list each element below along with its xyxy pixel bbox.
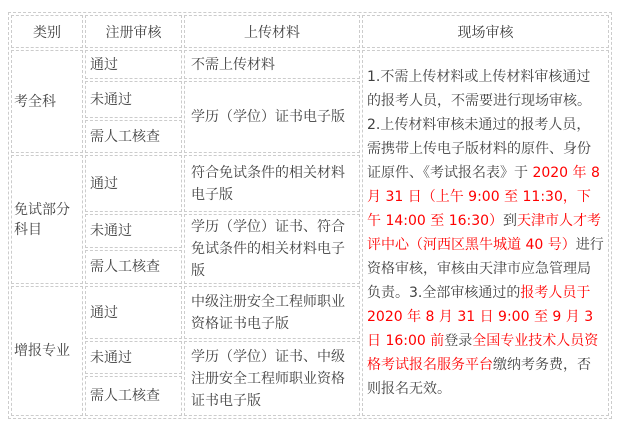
register-status-cell: 需人工核查 (85, 250, 182, 284)
register-status-cell: 未通过 (85, 341, 182, 374)
register-status-cell: 通过 (85, 155, 182, 212)
col-header-upload-materials: 上传材料 (184, 15, 360, 48)
col-header-onsite-review: 现场审核 (362, 15, 609, 48)
upload-material-cell: 学历（学位）证书电子版 (184, 81, 360, 153)
register-status-cell: 通过 (85, 50, 182, 79)
review-table: 类别 注册审核 上传材料 现场审核 考全科 通过 不需上传材料 1.不需上传材料… (8, 12, 612, 419)
upload-material-cell: 学历（学位）证书、符合免试条件的相关材料电子版 (184, 214, 360, 284)
register-status-cell: 需人工核查 (85, 376, 182, 416)
category-cell-exempt-subjects: 免试部分科目 (11, 155, 83, 284)
upload-material-cell: 学历（学位）证书、中级注册安全工程师职业资格证书电子版 (184, 341, 360, 416)
register-status-cell: 通过 (85, 286, 182, 339)
onsite-review-paragraph: 1.不需上传材料或上传材料审核通过的报考人员，不需要进行现场审核。 2.上传材料… (367, 65, 604, 401)
onsite-review-text: 到 (503, 213, 517, 229)
category-cell-additional-major: 增报专业 (11, 286, 83, 416)
upload-material-cell: 符合免试条件的相关材料电子版 (184, 155, 360, 212)
upload-material-cell: 不需上传材料 (184, 50, 360, 79)
col-header-category: 类别 (11, 15, 83, 48)
register-status-cell: 未通过 (85, 81, 182, 118)
category-cell-full-exam: 考全科 (11, 50, 83, 153)
upload-material-cell: 中级注册安全工程师职业资格证书电子版 (184, 286, 360, 339)
register-status-cell: 未通过 (85, 214, 182, 248)
onsite-review-text: 登录 (444, 333, 472, 349)
onsite-review-cell: 1.不需上传材料或上传材料审核通过的报考人员，不需要进行现场审核。 2.上传材料… (362, 50, 609, 416)
col-header-register-review: 注册审核 (85, 15, 182, 48)
table-row: 考全科 通过 不需上传材料 1.不需上传材料或上传材料审核通过的报考人员，不需要… (11, 50, 609, 79)
register-status-cell: 需人工核查 (85, 120, 182, 153)
header-row: 类别 注册审核 上传材料 现场审核 (11, 15, 609, 48)
